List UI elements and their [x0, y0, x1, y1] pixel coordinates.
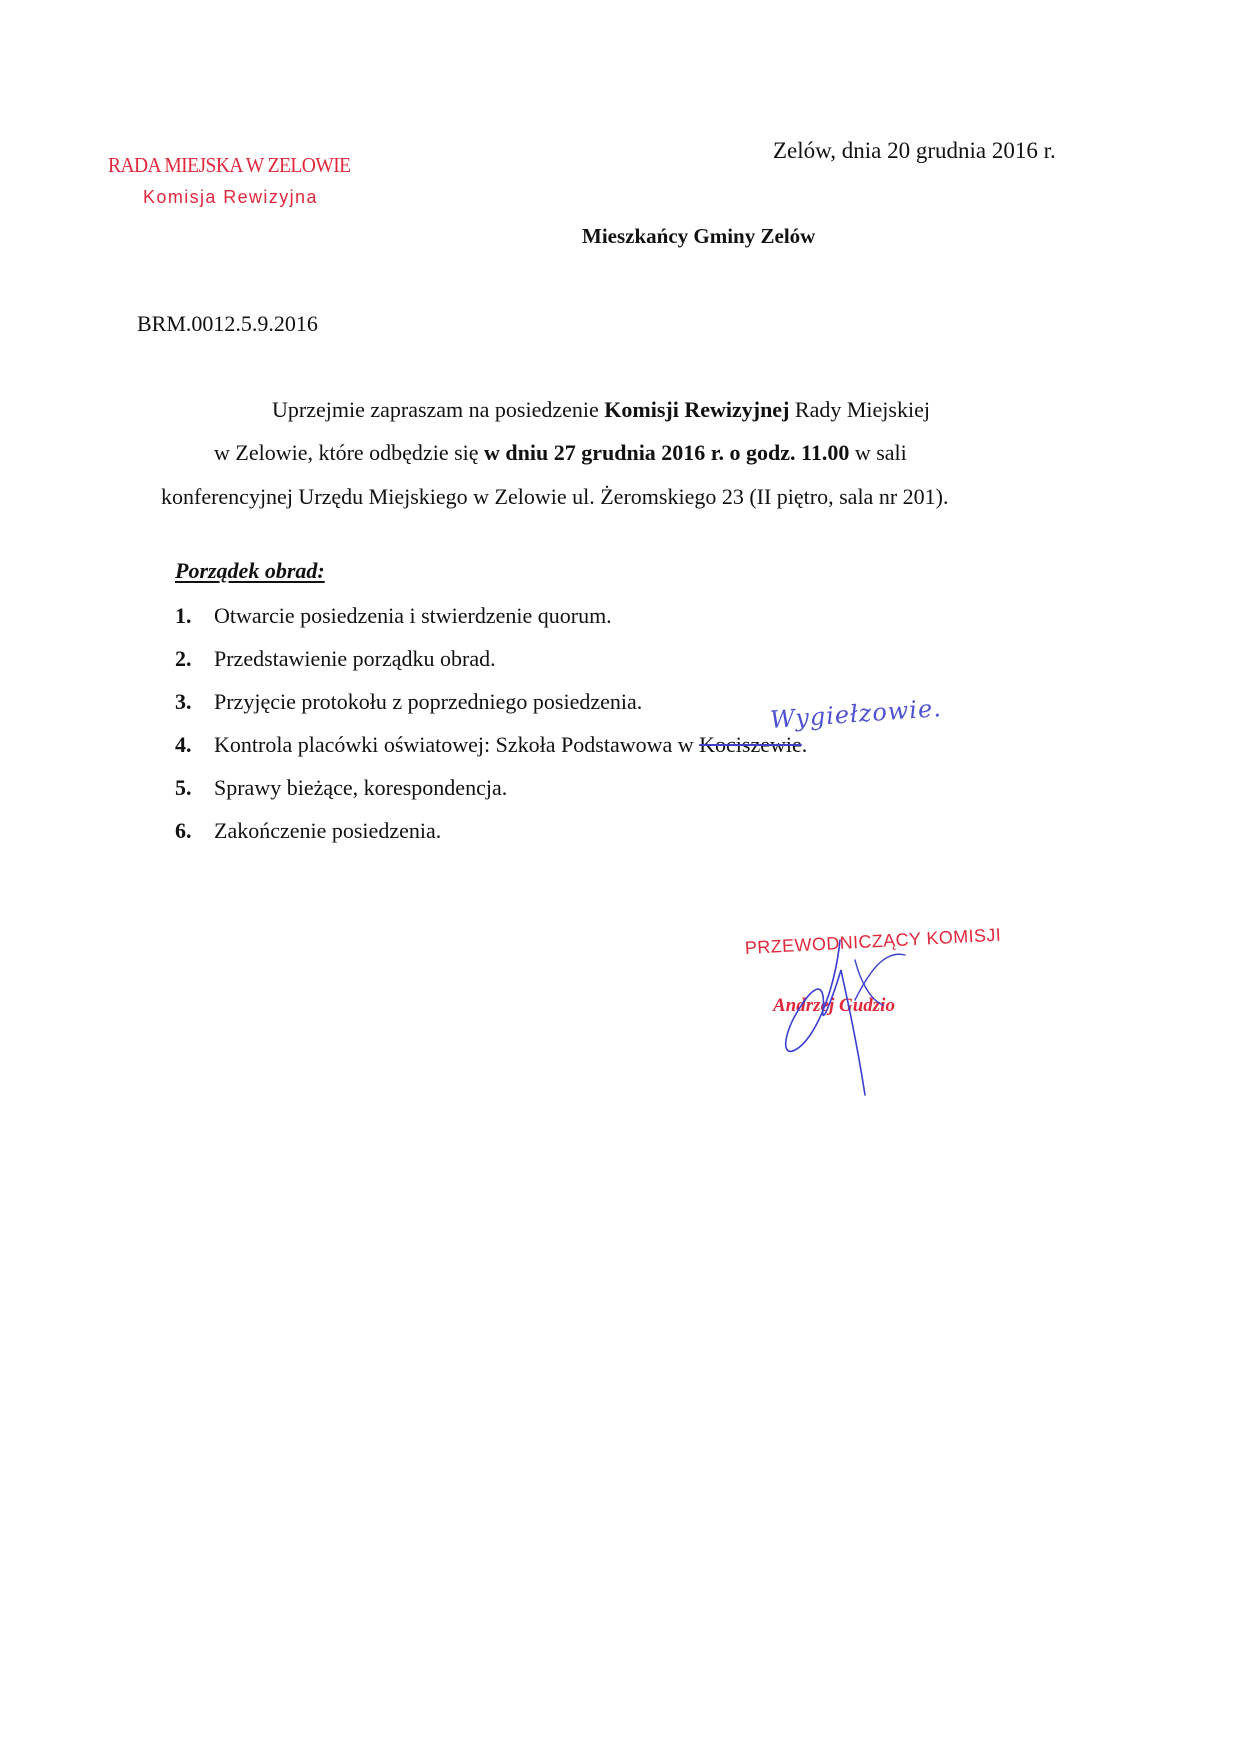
agenda-item-number: 6. — [175, 818, 214, 844]
agenda-item-number: 1. — [175, 603, 214, 629]
signature-icon — [775, 930, 915, 1100]
agenda-item: 2.Przedstawienie porządku obrad. — [175, 646, 496, 672]
text: w sali — [849, 440, 906, 465]
handwritten-correction: Wygiełzowie. — [769, 694, 942, 734]
agenda-item-number: 5. — [175, 775, 214, 801]
agenda-item-text: Sprawy bieżące, korespondencja. — [214, 775, 507, 800]
agenda-item-text: Przyjęcie protokołu z poprzedniego posie… — [214, 689, 642, 714]
agenda-item-text: Kontrola placówki oświatowej: Szkoła Pod… — [214, 732, 699, 757]
agenda-item: 6.Zakończenie posiedzenia. — [175, 818, 441, 844]
agenda-item-number: 4. — [175, 732, 214, 758]
text: Uprzejmie zapraszam na posiedzenie — [272, 397, 604, 422]
agenda-item: 5.Sprawy bieżące, korespondencja. — [175, 775, 507, 801]
document-date: Zelów, dnia 20 grudnia 2016 r. — [773, 138, 1056, 164]
struck-out-text: Kociszewie — [699, 732, 802, 757]
agenda-item-text: Otwarcie posiedzenia i stwierdzenie quor… — [214, 603, 612, 628]
meeting-datetime: w dniu 27 grudnia 2016 r. o godz. 11.00 — [484, 440, 849, 465]
agenda-item-text: Przedstawienie porządku obrad. — [214, 646, 496, 671]
committee-name: Komisji Rewizyjnej — [604, 397, 789, 422]
council-stamp-subtitle: Komisja Rewizyjna — [143, 187, 318, 208]
invitation-line-2: w Zelowie, które odbędzie się w dniu 27 … — [214, 440, 907, 466]
invitation-line-3: konferencyjnej Urzędu Miejskiego w Zelow… — [161, 484, 948, 510]
addressee: Mieszkańcy Gminy Zelów — [582, 224, 815, 249]
agenda-item: 4.Kontrola placówki oświatowej: Szkoła P… — [175, 732, 807, 758]
agenda-item-text: Zakończenie posiedzenia. — [214, 818, 441, 843]
reference-number: BRM.0012.5.9.2016 — [137, 311, 318, 337]
text: w Zelowie, które odbędzie się — [214, 440, 484, 465]
agenda-item: 1.Otwarcie posiedzenia i stwierdzenie qu… — [175, 603, 612, 629]
text: . — [802, 732, 808, 757]
text: Rady Miejskiej — [789, 397, 930, 422]
agenda-item-number: 3. — [175, 689, 214, 715]
invitation-line-1: Uprzejmie zapraszam na posiedzenie Komis… — [272, 397, 930, 423]
council-stamp-title: RADA MIEJSKA W ZELOWIE — [108, 153, 351, 178]
agenda-item: 3.Przyjęcie protokołu z poprzedniego pos… — [175, 689, 642, 715]
agenda-item-number: 2. — [175, 646, 214, 672]
agenda-heading: Porządek obrad: — [175, 558, 325, 584]
